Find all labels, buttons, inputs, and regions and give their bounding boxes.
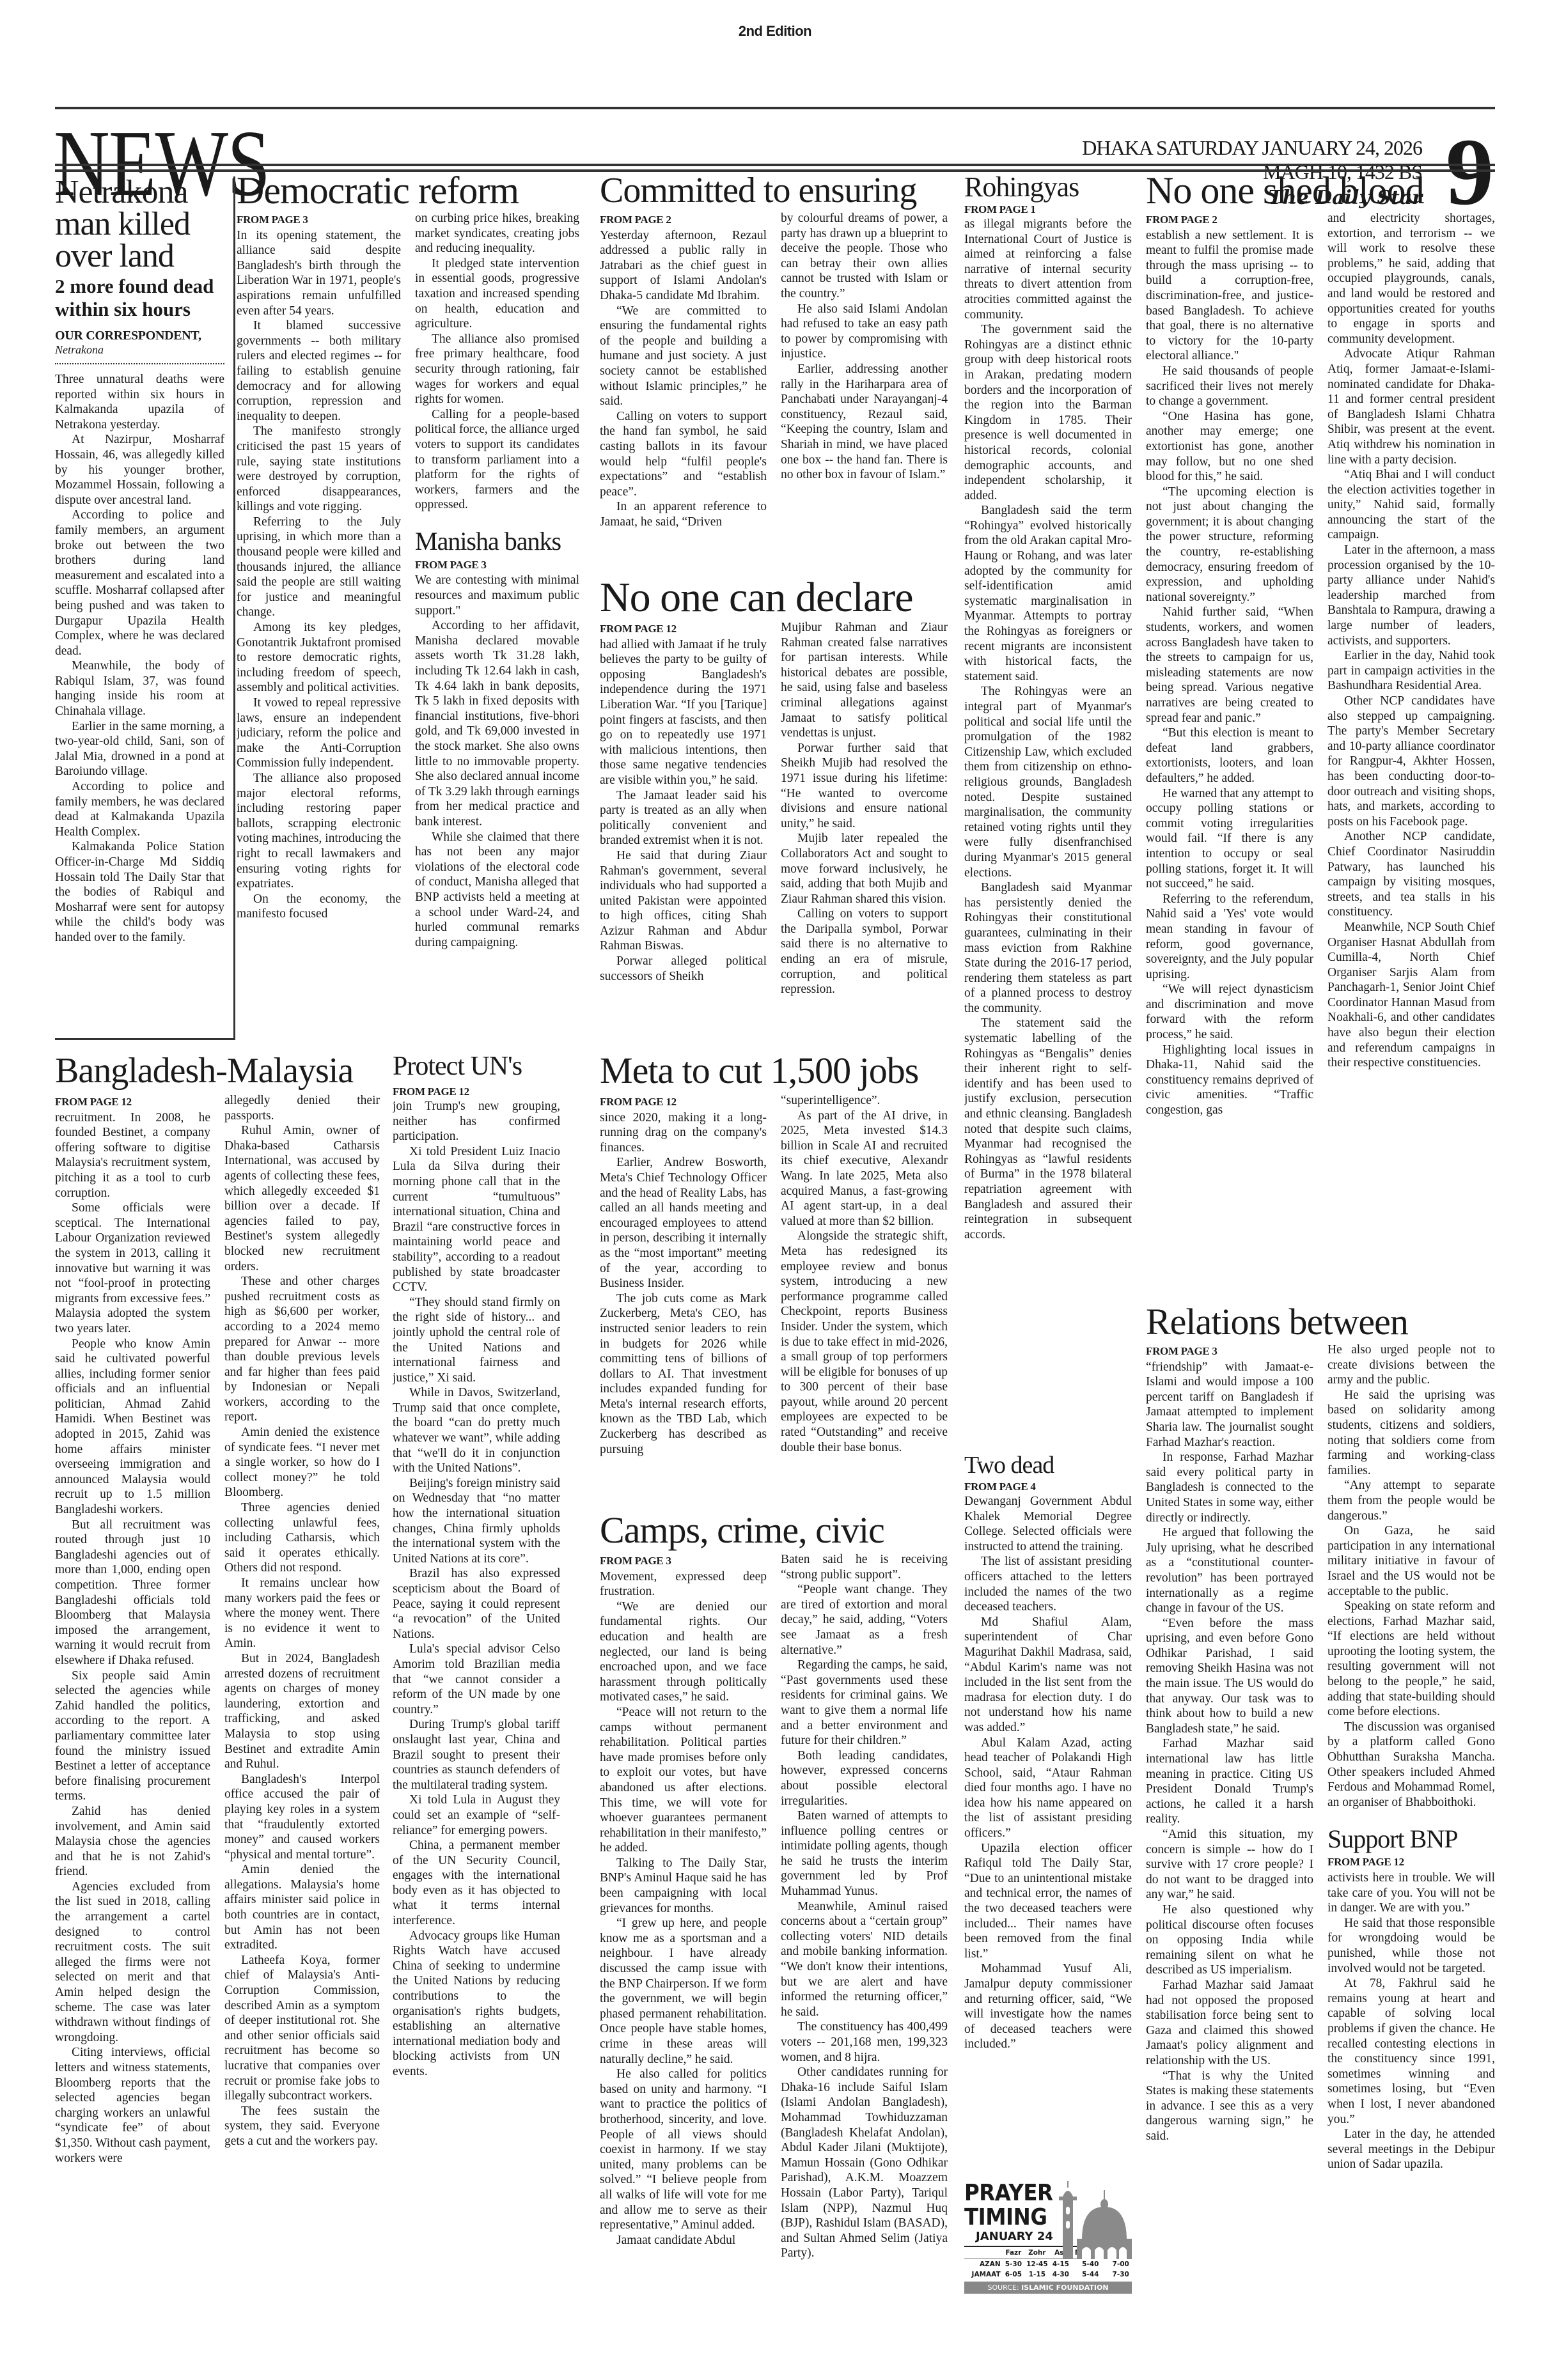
paragraph: Other candidates running for Dhaka-16 in…	[781, 2065, 948, 2261]
paragraph: Later in the afternoon, a mass processio…	[1327, 543, 1495, 648]
paragraph: While she claimed that there has not bee…	[415, 830, 579, 951]
paragraph: “Amid this situation, my concern is simp…	[1146, 1827, 1313, 1902]
mosque-icon	[1055, 2181, 1132, 2259]
paragraph: China, a permanent member of the UN Secu…	[393, 1838, 560, 1929]
paragraph: Talking to The Daily Star, BNP's Aminul …	[600, 1856, 767, 1916]
paragraph: The Rohingyas were an integral part of M…	[964, 684, 1132, 880]
paragraph: Meanwhile, the body of Rabiqul Islam, 37…	[55, 658, 224, 719]
jump-label: FROM PAGE 12	[55, 1094, 210, 1110]
paragraph: He said that those responsible for wrong…	[1327, 1916, 1495, 1976]
paragraph: Jamaat candidate Abdul	[600, 2233, 767, 2248]
article-body: join Trump's new grouping, neither has c…	[393, 1099, 560, 2080]
paragraph: Citing interviews, official letters and …	[55, 2045, 210, 2166]
paragraph: Bangladesh said the term “Rohingya” evol…	[964, 503, 1132, 684]
paragraph: “Atiq Bhai and I will conduct the electi…	[1327, 467, 1495, 543]
paragraph: Earlier in the day, Nahid took part in c…	[1327, 648, 1495, 694]
article-camps-crime-civic: Camps, crime, civic FROM PAGE 3 Movement…	[600, 1509, 948, 2365]
paragraph: Xi told President Luiz Inacio Lula da Si…	[393, 1144, 560, 1295]
paragraph: He also said Islami Andolan had refused …	[781, 302, 948, 362]
kicker: 2 more found dead within six hours	[55, 275, 224, 321]
paragraph: He said thousands of people sacrificed t…	[1146, 364, 1313, 409]
paragraph: The fees sustain the system, they said. …	[224, 2104, 380, 2149]
column-2: Baten said he is receiving “strong publi…	[781, 1552, 948, 2261]
paragraph: Highlighting local issues in Dhaka-11, N…	[1146, 1043, 1313, 1118]
jump-label: FROM PAGE 2	[1146, 212, 1313, 228]
prayer-time: 5-40	[1071, 2259, 1109, 2269]
paragraph: The list of assistant presiding officers…	[964, 1554, 1132, 1614]
paragraph: In response, Farhad Mazhar said every po…	[1146, 1450, 1313, 1525]
paragraph: The Jamaat leader said his party is trea…	[600, 788, 767, 848]
jump-label: FROM PAGE 12	[1327, 1855, 1495, 1870]
paragraph: Dewanganj Government Abdul Khalek Memori…	[964, 1494, 1132, 1554]
headline-support-bnp: Support BNP	[1327, 1825, 1495, 1853]
headline-manisha: Manisha banks	[415, 527, 579, 556]
headline: Camps, crime, civic	[600, 1509, 948, 1552]
paragraph: In its opening statement, the alliance s…	[237, 228, 401, 319]
paragraph: Amin denied the allegations. Malaysia's …	[224, 1862, 380, 1953]
paragraph: Meanwhile, Aminul raised concerns about …	[781, 1899, 948, 2020]
paragraph: and electricity shortages, extortion, an…	[1327, 211, 1495, 346]
paragraph: He also questioned why political discour…	[1146, 1902, 1313, 1978]
paragraph: It blamed successive governments -- both…	[237, 318, 401, 424]
jump-label: FROM PAGE 4	[964, 1481, 1132, 1493]
headline: Democratic reform	[237, 170, 579, 211]
article-bangladesh-malaysia: Bangladesh-Malaysia FROM PAGE 12 recruit…	[55, 1048, 380, 2365]
paragraph: recruitment. In 2008, he founded Bestine…	[55, 1110, 210, 1201]
paragraph: Brazil has also expressed scepticism abo…	[393, 1566, 560, 1642]
prayer-column-header: Fazr	[1003, 2247, 1024, 2259]
paragraph: During Trump's global tariff onslaught l…	[393, 1717, 560, 1793]
paragraph: He said the uprising was based on solida…	[1327, 1388, 1495, 1479]
paragraph: As part of the AI drive, in 2025, Meta i…	[781, 1108, 948, 1229]
paragraph: But in 2024, Bangladesh arrested dozens …	[224, 1651, 380, 1772]
jump-label: FROM PAGE 3	[600, 1553, 767, 1569]
paragraph: Abul Kalam Azad, acting head teacher of …	[964, 1736, 1132, 1841]
paragraph: Bangladesh's Interpol office accused the…	[224, 1772, 380, 1863]
paragraph: activists here in trouble. We will take …	[1327, 1871, 1495, 1916]
column-2: Mujibur Rahman and Ziaur Rahman created …	[781, 620, 948, 997]
jump-label: FROM PAGE 2	[600, 212, 767, 228]
paragraph: It pledged state intervention in essenti…	[415, 256, 579, 332]
paragraph: “One Hasina has gone, another may emerge…	[1146, 409, 1313, 485]
source-name: ISLAMIC FOUNDATION	[1021, 2283, 1108, 2292]
paragraph: “People want change. They are tired of e…	[781, 1582, 948, 1658]
prayer-time: 6-05	[1003, 2269, 1024, 2279]
paragraph: Amin denied the existence of syndicate f…	[224, 1425, 380, 1500]
paragraph: The government said the Rohingyas are a …	[964, 322, 1132, 503]
paragraph: “We will reject dynasticism and discrimi…	[1146, 982, 1313, 1042]
article-netrakona: Netrakona man killed over land 2 more fo…	[55, 176, 235, 1040]
paragraph: Porwar alleged political successors of S…	[600, 954, 767, 984]
jump-label: FROM PAGE 12	[600, 621, 767, 637]
paragraph: establish a new settlement. It is meant …	[1146, 228, 1313, 364]
prayer-column-header: Zohr	[1024, 2247, 1051, 2259]
prayer-row-label: JAMAAT	[964, 2269, 1003, 2279]
paragraph: According to police and family members, …	[55, 508, 224, 658]
prayer-timing-box: PRAYER TIMING JANUARY 24 FazrZohrAsrMagh…	[964, 2181, 1132, 2294]
paragraph: Lula's special advisor Celso Amorim told…	[393, 1642, 560, 1717]
jump-label: FROM PAGE 3	[415, 557, 579, 573]
paragraph: The job cuts come as Mark Zuckerberg, Me…	[600, 1291, 767, 1458]
paragraph: “Peace will not return to the camps with…	[600, 1705, 767, 1856]
jump-label: FROM PAGE 3	[237, 212, 401, 228]
paragraph: But all recruitment was routed through j…	[55, 1518, 210, 1668]
paragraph: According to her affidavit, Manisha decl…	[415, 618, 579, 829]
article-two-dead: Two dead FROM PAGE 4 Dewanganj Governmen…	[964, 1451, 1132, 2174]
paragraph: He warned that any attempt to occupy pol…	[1146, 786, 1313, 892]
byline-place: Netrakona	[55, 343, 224, 357]
paragraph: He argued that following the July uprisi…	[1146, 1525, 1313, 1616]
paragraph: Baten said he is receiving “strong publi…	[781, 1552, 948, 1582]
paragraph: Both leading candidates, however, expres…	[781, 1748, 948, 1808]
paragraph: He also called for politics based on uni…	[600, 2067, 767, 2233]
paragraph: Yesterday afternoon, Rezaul addressed a …	[600, 228, 767, 304]
paragraph: allegedly denied their passports.	[224, 1093, 380, 1123]
paragraph: “Any attempt to separate them from the p…	[1327, 1478, 1495, 1523]
column-2: allegedly denied their passports.Ruhul A…	[224, 1093, 380, 2166]
column-1: FROM PAGE 12 since 2020, making it a lon…	[600, 1093, 767, 1457]
paragraph: People who know Amin said he cultivated …	[55, 1337, 210, 1518]
column-1: FROM PAGE 2 establish a new settlement. …	[1146, 211, 1313, 1118]
paragraph: Referring to the referendum, Nahid said …	[1146, 892, 1313, 983]
column-1: FROM PAGE 12 recruitment. In 2008, he fo…	[55, 1093, 210, 2166]
paragraph: Some officials were sceptical. The Inter…	[55, 1201, 210, 1336]
paragraph: “They should stand firmly on the right s…	[393, 1295, 560, 1386]
paragraph: Meanwhile, NCP South Chief Organiser Has…	[1327, 920, 1495, 1071]
paragraph: Advocate Atiqur Rahman Atiq, former Jama…	[1327, 346, 1495, 467]
prayer-time: 1-15	[1024, 2269, 1051, 2279]
prayer-time: 5-30	[1003, 2259, 1024, 2269]
paragraph: Advocacy groups like Human Rights Watch …	[393, 1929, 560, 2080]
column-1: FROM PAGE 3 Movement, expressed deep fru…	[600, 1552, 767, 2261]
column-1: FROM PAGE 2 Yesterday afternoon, Rezaul …	[600, 211, 767, 528]
paragraph: “That is why the United States is making…	[1146, 2069, 1313, 2144]
byline: OUR CORRESPONDENT,	[55, 329, 224, 343]
paragraph: Bangladesh said Myanmar has persistently…	[964, 880, 1132, 1016]
headline: Netrakona man killed over land	[55, 176, 224, 272]
masthead-rule-top	[55, 107, 1495, 109]
headline: Meta to cut 1,500 jobs	[600, 1048, 948, 1093]
headline: No one can declare	[600, 575, 948, 620]
paragraph: The constituency has 400,499 voters -- 2…	[781, 2019, 948, 2065]
paragraph: Mohammad Yusuf Ali, Jamalpur deputy comm…	[964, 1961, 1132, 2052]
prayer-time: 7-00	[1109, 2259, 1132, 2269]
column-2: He also urged people not to create divis…	[1327, 1342, 1495, 2172]
paragraph: Referring to the July uprising, in which…	[237, 515, 401, 620]
paragraph: Six people said Amin selected the agenci…	[55, 1668, 210, 1804]
column-2: and electricity shortages, extortion, an…	[1327, 211, 1495, 1118]
headline: Relations between	[1146, 1302, 1495, 1342]
paragraph: Three unnatural deaths were reported wit…	[55, 372, 224, 432]
article-body: Dewanganj Government Abdul Khalek Memori…	[964, 1494, 1132, 2052]
paragraph: According to police and family members, …	[55, 779, 224, 839]
paragraph: Alongside the strategic shift, Meta has …	[781, 1229, 948, 1455]
article-democratic-reform: Democratic reform FROM PAGE 3 In its ope…	[237, 170, 579, 1039]
article-body: Three unnatural deaths were reported wit…	[55, 372, 224, 945]
paragraph: join Trump's new grouping, neither has c…	[393, 1099, 560, 1144]
paragraph: Md Shafiul Alam, superintendent of Char …	[964, 1615, 1132, 1736]
prayer-row-label: AZAN	[964, 2259, 1003, 2269]
paragraph: “I grew up here, and people know me as a…	[600, 1916, 767, 2067]
paragraph: Baten warned of attempts to influence po…	[781, 1808, 948, 1899]
paragraph: “But this election is meant to defeat la…	[1146, 726, 1313, 786]
paragraph: “The upcoming election is not just about…	[1146, 485, 1313, 605]
paragraph: Latheefa Koya, former chief of Malaysia'…	[224, 1953, 380, 2104]
paragraph: He also urged people not to create divis…	[1327, 1342, 1495, 1388]
paragraph: These and other charges pushed recruitme…	[224, 1274, 380, 1425]
prayer-time: 4-30	[1051, 2269, 1071, 2279]
paragraph: He said that during Ziaur Rahman's gover…	[600, 848, 767, 954]
paragraph: Other NCP candidates have also stepped u…	[1327, 694, 1495, 829]
paragraph: Kalmakanda Police Station Officer-in-Cha…	[55, 839, 224, 945]
prayer-time: 4-15	[1051, 2259, 1071, 2269]
paragraph: While in Davos, Switzerland, Trump said …	[393, 1385, 560, 1476]
paragraph: Beijing's foreign ministry said on Wedne…	[393, 1476, 560, 1567]
paragraph: At 78, Fakhrul said he remains young at …	[1327, 1976, 1495, 2127]
paragraph: Speaking on state reform and elections, …	[1327, 1599, 1495, 1720]
headline: Bangladesh-Malaysia	[55, 1048, 380, 1093]
paragraph: Movement, expressed deep frustration.	[600, 1569, 767, 1599]
paragraph: Agencies excluded from the list sued in …	[55, 1879, 210, 2046]
paragraph: On the economy, the manifesto focused	[237, 892, 401, 922]
paragraph: At Nazirpur, Mosharraf Hossain, 46, was …	[55, 432, 224, 508]
jump-label: FROM PAGE 12	[393, 1085, 560, 1098]
masthead-rule-bottom-1	[55, 164, 1495, 166]
paragraph: Ruhul Amin, owner of Dhaka-based Cathars…	[224, 1123, 380, 1274]
article-meta: Meta to cut 1,500 jobs FROM PAGE 12 sinc…	[600, 1048, 948, 1521]
paragraph: Regarding the camps, he said, “Past gove…	[781, 1658, 948, 1748]
jump-label: FROM PAGE 1	[964, 203, 1132, 216]
paragraph: Upazila election officer Rafiqul told Th…	[964, 1841, 1132, 1962]
paragraph: “friendship” with Jamaat-e-Islami and wo…	[1146, 1360, 1313, 1451]
paragraph: “superintelligence”.	[781, 1093, 948, 1108]
paragraph: The statement said the systematic labell…	[964, 1016, 1132, 1242]
paragraph: It vowed to repeal repressive laws, ensu…	[237, 696, 401, 771]
paragraph: Three agencies denied collecting unlawfu…	[224, 1500, 380, 1576]
paragraph: Earlier in the same morning, a two-year-…	[55, 719, 224, 779]
paragraph: The manifesto strongly criticised the pa…	[237, 424, 401, 515]
prayer-time: 12-45	[1024, 2259, 1051, 2269]
column-1: FROM PAGE 12 had allied with Jamaat if h…	[600, 620, 767, 997]
paragraph: Earlier, Andrew Bosworth, Meta's Chief T…	[600, 1155, 767, 1291]
article-body: as illegal migrants before the Internati…	[964, 217, 1132, 1242]
headline: Two dead	[964, 1451, 1132, 1479]
jump-label: FROM PAGE 12	[600, 1094, 767, 1110]
date: DHAKA SATURDAY JANUARY 24, 2026	[1082, 136, 1422, 160]
paragraph: On Gaza, he said participation in any in…	[1327, 1523, 1495, 1599]
paragraph: Zahid has denied involvement, and Amin s…	[55, 1804, 210, 1879]
paragraph: Earlier, addressing another rally in the…	[781, 362, 948, 483]
paragraph: Farhad Mazhar said Jamaat had not oppose…	[1146, 1978, 1313, 2069]
article-committed: Committed to ensuring FROM PAGE 2 Yester…	[600, 170, 948, 528]
column-1: FROM PAGE 3 “friendship” with Jamaat-e-I…	[1146, 1342, 1313, 2172]
prayer-row: AZAN5-3012-454-155-407-00	[964, 2259, 1132, 2269]
column-2: on curbing price hikes, breaking market …	[415, 211, 579, 1036]
prayer-time: 5-44	[1071, 2269, 1109, 2279]
paragraph: since 2020, making it a long-running dra…	[600, 1110, 767, 1156]
prayer-column-header	[964, 2247, 1003, 2259]
jump-label: FROM PAGE 3	[1146, 1344, 1313, 1359]
paragraph: The discussion was organised by a platfo…	[1327, 1720, 1495, 1810]
headline: No one shed blood	[1146, 170, 1495, 211]
paragraph: Xi told Lula in August they could set an…	[393, 1793, 560, 1838]
paragraph: Mujibur Rahman and Ziaur Rahman created …	[781, 620, 948, 741]
paragraph: Among its key pledges, Gonotantrik Jukta…	[237, 620, 401, 696]
edition-label: 2nd Edition	[0, 23, 1550, 40]
column-2: by colourful dreams of power, a party ha…	[781, 211, 948, 528]
paragraph: Calling on voters to support the hand fa…	[600, 409, 767, 500]
paragraph: Porwar further said that Sheikh Mujib ha…	[781, 741, 948, 832]
paragraph: on curbing price hikes, breaking market …	[415, 211, 579, 256]
paragraph: We are contesting with minimal resources…	[415, 573, 579, 618]
headline: Protect UN's	[393, 1048, 560, 1084]
paragraph: Calling for a people-based political for…	[415, 407, 579, 513]
paragraph: as illegal migrants before the Internati…	[964, 217, 1132, 322]
paragraph: “We are committed to ensuring the fundam…	[600, 304, 767, 409]
article-protect-uns: Protect UN's FROM PAGE 12 join Trump's n…	[393, 1048, 560, 2365]
paragraph: by colourful dreams of power, a party ha…	[781, 211, 948, 302]
paragraph: The alliance also promised free primary …	[415, 332, 579, 407]
article-no-one-shed-blood: No one shed blood FROM PAGE 2 establish …	[1146, 170, 1495, 1295]
headline: Rohingyas	[964, 173, 1132, 202]
paragraph: Later in the day, he attended several me…	[1327, 2127, 1495, 2172]
divider	[55, 363, 224, 364]
paragraph: had allied with Jamaat if he truly belie…	[600, 637, 767, 788]
paragraph: Nahid further said, “When students, work…	[1146, 605, 1313, 726]
headline: Committed to ensuring	[600, 170, 948, 211]
paragraph: “We are denied our fundamental rights. O…	[600, 1599, 767, 1705]
paragraph: Mujib later repealed the Collaborators A…	[781, 831, 948, 906]
paragraph: Another NCP candidate, Chief Coordinator…	[1327, 829, 1495, 920]
prayer-row: JAMAAT6-051-154-305-447-30	[964, 2269, 1132, 2279]
paragraph: It remains unclear how many workers paid…	[224, 1576, 380, 1651]
article-relations-between: Relations between FROM PAGE 3 “friendshi…	[1146, 1302, 1495, 2363]
article-no-one-can-declare: No one can declare FROM PAGE 12 had alli…	[600, 575, 948, 1039]
paragraph: Farhad Mazhar said international law has…	[1146, 1736, 1313, 1827]
column-2: “superintelligence”.As part of the AI dr…	[781, 1093, 948, 1457]
prayer-time: 7-30	[1109, 2269, 1132, 2279]
column-1: FROM PAGE 3 In its opening statement, th…	[237, 211, 401, 1036]
paragraph: The alliance also proposed major elector…	[237, 771, 401, 892]
prayer-source: SOURCE: ISLAMIC FOUNDATION	[964, 2282, 1132, 2294]
paragraph: “Even before the mass uprising, and even…	[1146, 1616, 1313, 1737]
article-rohingyas: Rohingyas FROM PAGE 1 as illegal migrant…	[964, 173, 1132, 1553]
paragraph: Calling on voters to support the Daripal…	[781, 906, 948, 997]
paragraph: In an apparent reference to Jamaat, he s…	[600, 499, 767, 528]
source-prefix: SOURCE:	[987, 2283, 1019, 2292]
